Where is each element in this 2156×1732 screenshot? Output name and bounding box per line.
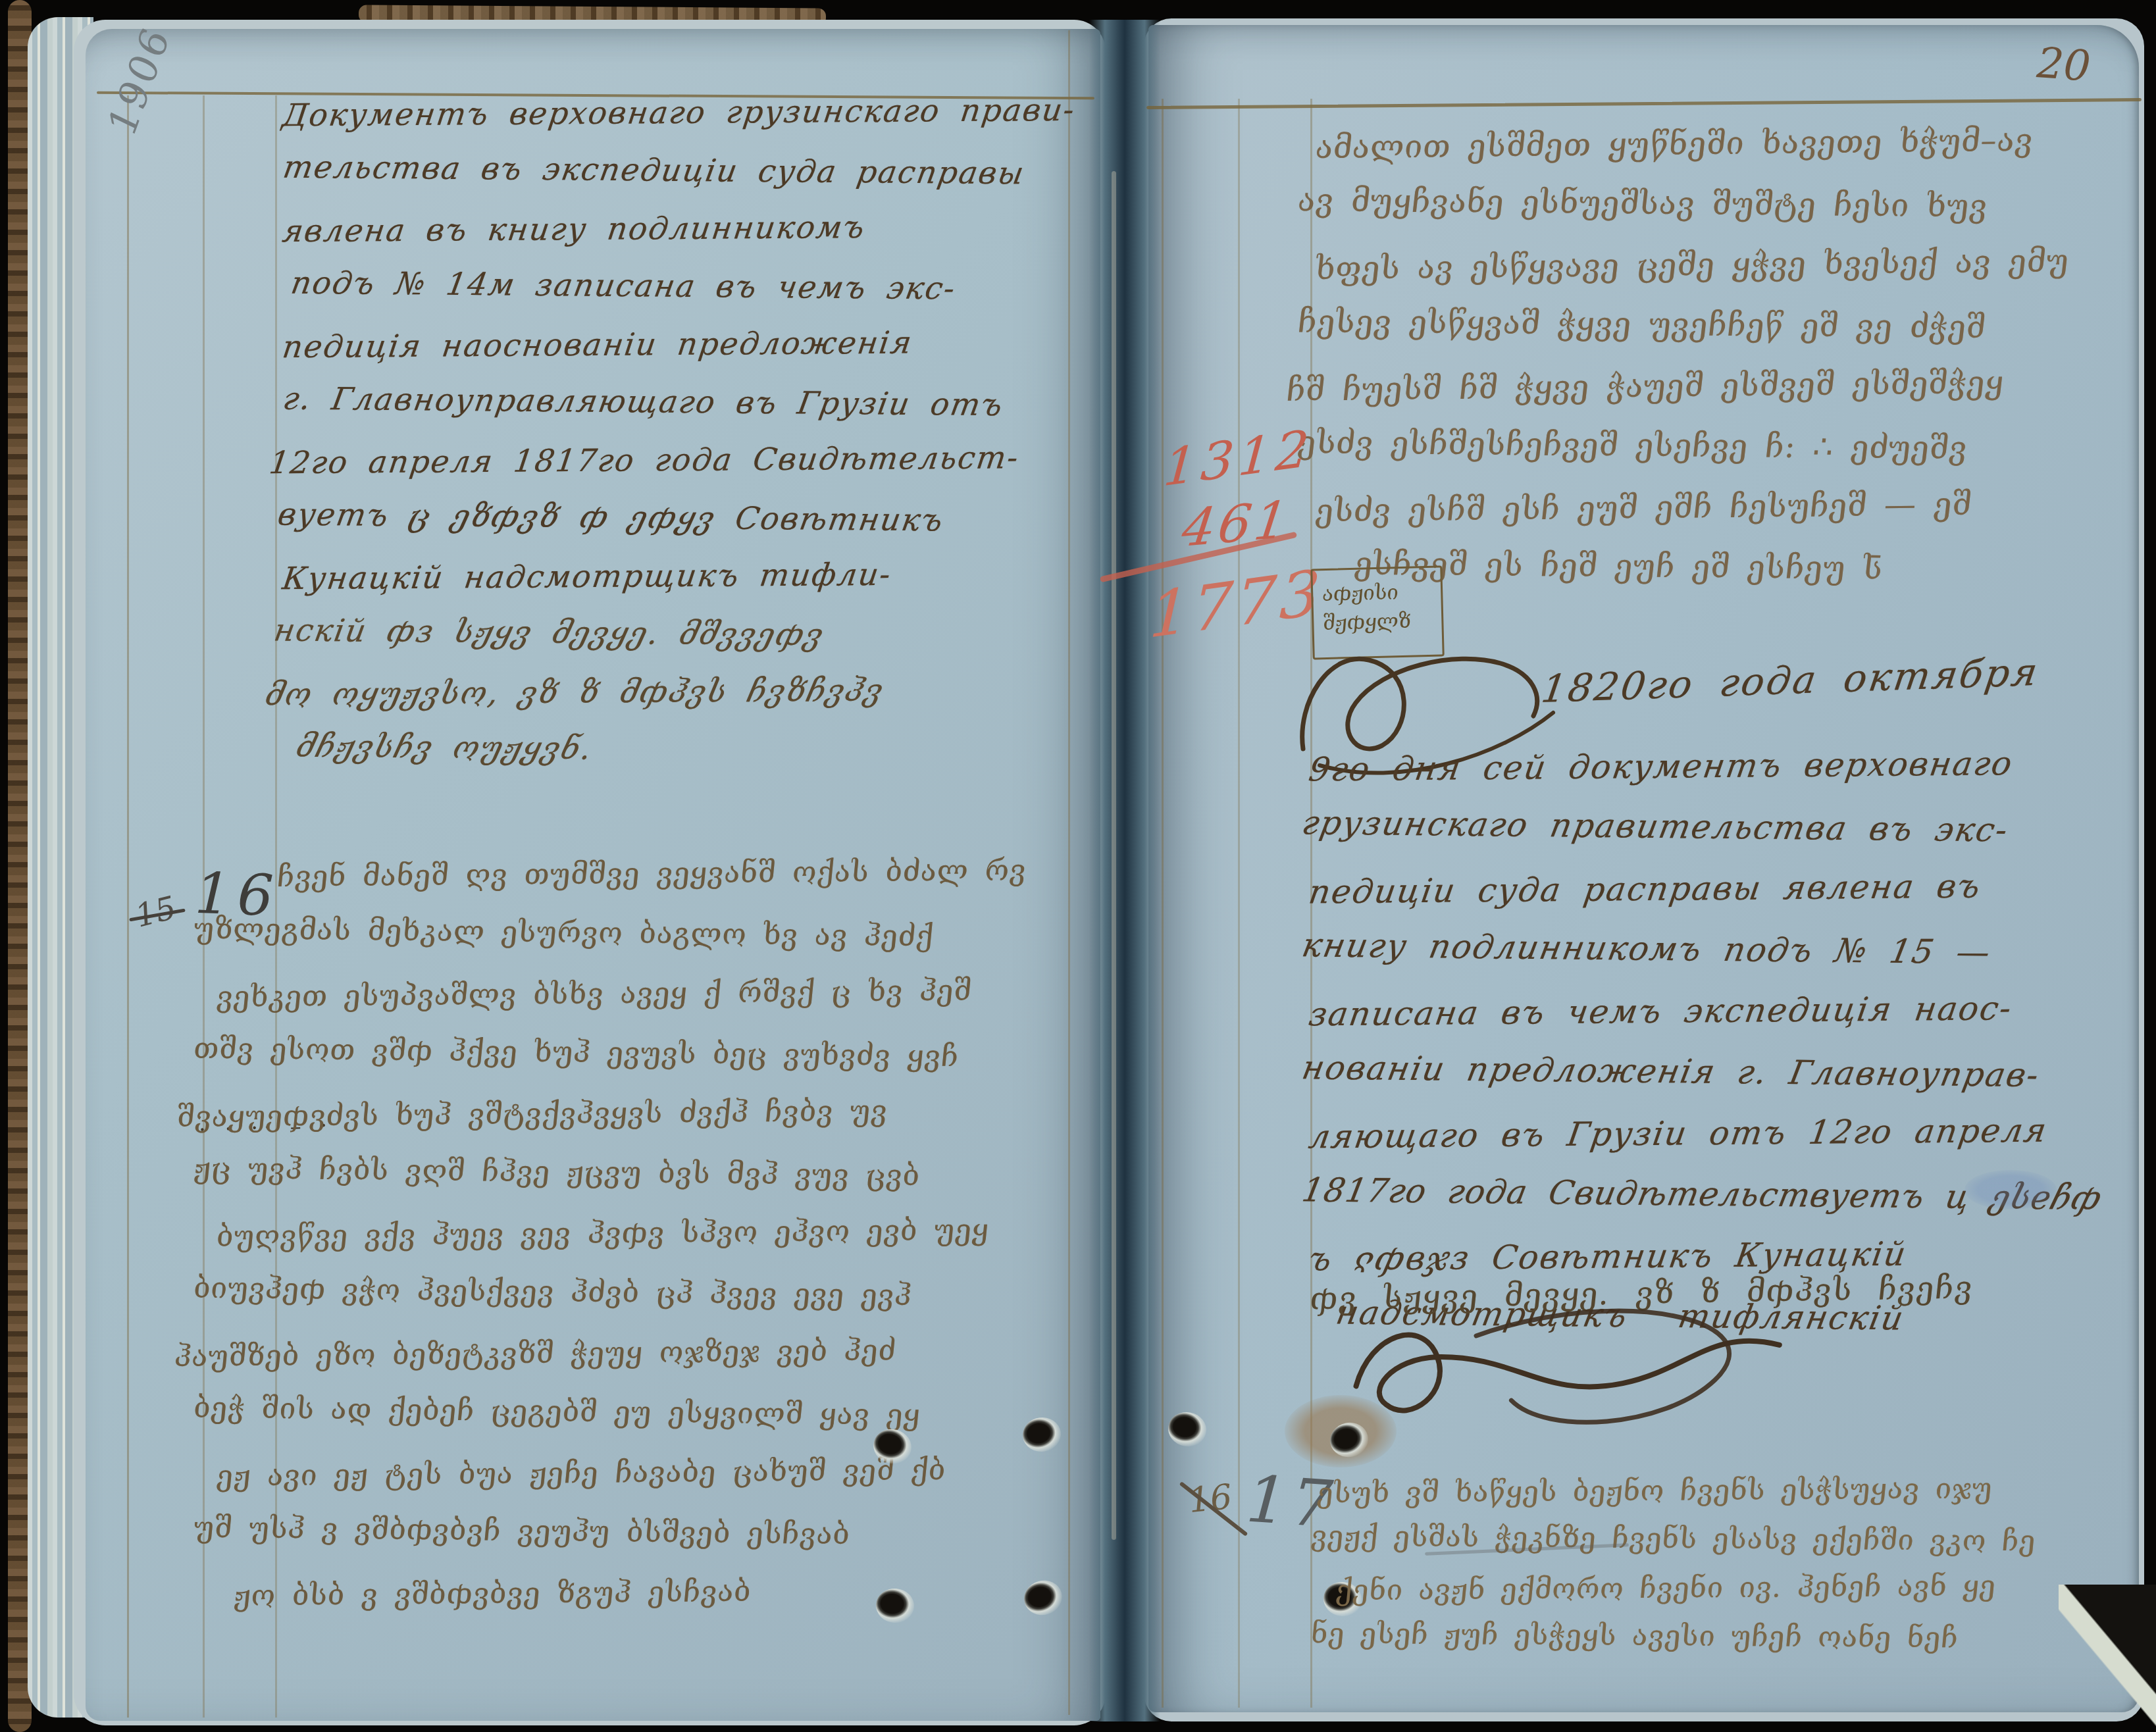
margin-rule (1162, 99, 1164, 1708)
manuscript-line: Документъ верховнаго грузинскаго прави- (279, 82, 1097, 145)
georgian-text-block-left: ჩვენ მანეშ ღვ თუმშვე ვეყვანშ ოქას ბძალ რ… (217, 844, 1099, 1622)
manuscript-line: უზლეგმას მეხკალ ესურვო ბაგლო ხვ ავ ჰეძქ (191, 899, 1102, 968)
manuscript-line: ესძვ ესჩშესჩეჩვეშ ესეჩვე ჩ: ∴ ეძუეშვ (1295, 412, 2148, 480)
manuscript-line: нованiи предложенiя г. Главноуправ- (1297, 1037, 2147, 1107)
manuscript-line: ჟც უვჰ ჩვბს ვღშ ჩჰვე ჟცვუ ბვს მვჰ ვუვ ცვ… (191, 1138, 1102, 1208)
manuscript-line: явлена въ книгу подлинникомъ (279, 197, 1097, 261)
manuscript-line: მო ოყუჟვსო, ვზ ზ მჶჰვს ჩვზჩვჰვ (262, 661, 1097, 725)
manuscript-line: нскiй ჶз სჟყვ მევყე. მშვვეჶვ (270, 602, 1097, 667)
manuscript-scan: 1906 Документъ верховнаго грузинскаго пр… (0, 0, 2156, 1732)
folio-page-number: 20 (2036, 39, 2092, 91)
blue-ink-smudge (1964, 1170, 2057, 1210)
manuscript-line: тельства въ экспедицiи суда расправы (279, 139, 1097, 204)
margin-rule (1238, 99, 1240, 1708)
manuscript-line: შვაყუეჶვძვს ხუჰ ვშტვქვჰვყვს ძვქჰ ჩვბვ უვ (174, 1079, 1102, 1147)
manuscript-line: ჩვენ მანეშ ღვ თუმშვე ვეყვანშ ოქას ბძალ რ… (214, 840, 1102, 907)
manuscript-line: ляющаго въ Грузiи отъ 12го апреля (1304, 1099, 2147, 1167)
manuscript-line: ესჩვეშ ეს ჩეშ ეუჩ ეშ ესჩეუ ს̄ (1351, 534, 2148, 601)
manuscript-line: 9го дня сей документъ верховнаго (1304, 732, 2147, 800)
manuscript-line: книгу подлинникомъ подъ № 15 — (1297, 915, 2147, 984)
manuscript-line: ქენი ავჟნ ექმორო ჩვენი ივ. ჰენეჩ ავნ ყე (1333, 1561, 2146, 1616)
manuscript-line: Кунацкiй надсмотрщикъ тифли- (279, 545, 1097, 609)
stamp-text: აჶჟისი (1322, 576, 1442, 609)
manuscript-line: ჩესევ ესწყვაშ ჭყვე უვეჩჩეწ ეშ ვე ძჭეშ (1295, 291, 2148, 359)
manuscript-line: вуетъ ც ეზჶვზ ჶ ეჶყვ Совѣтникъ (274, 486, 1097, 551)
manuscript-line: ჟო ბსბ ვ ვშბჶვბვე ზგუჰ ესჩვაბ (231, 1558, 1102, 1625)
russian-text-block-left: Документъ верховнаго грузинскаго прави-т… (283, 84, 1092, 779)
manuscript-line: ეჟ ავი ეჟ ტეს ბუა ჟეჩე ჩავაბე ცახუშ ვეშ … (214, 1439, 1102, 1506)
manuscript-line: ბუღვწვე ვქვ ჰუევ ვევ ჰვჶვ სჰვო ეჰვო ევბ … (214, 1199, 1102, 1267)
manuscript-line: ბეჭ შის ად ქებეჩ ცეგებშ ეუ ესყვილშ ყავ ე… (191, 1378, 1102, 1447)
manuscript-line: ესძვ ესჩშ ესჩ ეუშ ეშჩ ჩესუჩეშ — ეშ (1312, 472, 2149, 541)
manuscript-line: ბიუვჰეჶ ვჭო ჰვესქვევ ჰძვბ ცჰ ჰვევ ევე ევ… (191, 1258, 1102, 1327)
russian-text-block-right: 9го дня сей документъ верховнагогрузинск… (1310, 736, 2142, 1348)
manuscript-line: ჰაუშზებ ეზო ბეზეტკვზშ ჭეუყ ოჯზეჯ ვებ ჰეძ (172, 1319, 1102, 1387)
book-gutter (1089, 20, 1160, 1721)
manuscript-line: г. Главноуправляющаго въ Грузiи отъ (279, 370, 1097, 436)
manuscript-line: педицiи суда расправы явлена въ (1304, 854, 2147, 923)
manuscript-line: ვეხკეთ ესუპვაშლვ ბსხვ ავეყ ქ რშვქ ც ხვ ჰ… (214, 959, 1102, 1027)
torn-corner (2059, 1585, 2156, 1732)
manuscript-line: თშვ ესოთ ვშჶ ჰქვე ხუჰ ევუვს ბეც ვუხვძვ ყ… (191, 1019, 1102, 1088)
signature-flourish (1344, 1298, 1796, 1446)
georgian-text-block-right-bottom: ესუხ ვშ ხაწყეს ბეჟნო ჩვენს ესჭსუყავ იჯუვ… (1318, 1466, 2143, 1661)
manuscript-line: მჩჟვსჩვ ოუჟყვნ. (292, 718, 1097, 783)
manuscript-line: ამალით ესშმეთ ყუწნეში ხავეთე ხჭუმ–ავ (1312, 109, 2149, 178)
georgian-text-block-right-top: ამალით ესშმეთ ყუწნეში ხავეთე ხჭუმ–ავავ მ… (1316, 113, 2145, 598)
manuscript-line: подъ № 14м записана въ чемъ экс- (287, 255, 1097, 320)
gutter-thread (1112, 171, 1116, 1540)
manuscript-line: грузинскаго правительства въ экс- (1297, 792, 2147, 862)
manuscript-line: ვეჟქ ესშას ჭეკნზე ჩვენს ესასვ ექეჩში ვკო… (1309, 1512, 2145, 1567)
margin-rule (127, 95, 129, 1718)
crossed-out-entry-number: 16 (1187, 1477, 1234, 1521)
manuscript-line: записана въ чемъ экспедицiя наос- (1304, 977, 2147, 1045)
manuscript-line: უშ უსჰ ვ ვშბჶვბვჩ ვეუჰუ ბსშვებ ესჩვაბ (191, 1498, 1102, 1567)
manuscript-line: ხფეს ავ ესწყვავე ცეშე ყჭვე ხვესექ ავ ემუ (1312, 230, 2149, 299)
manuscript-line: ესუხ ვშ ხაწყეს ბეჟნო ჩვენს ესჭსუყავ იჯუ (1315, 1464, 2146, 1518)
manuscript-line: 12го апреля 1817го года Свидѣтельст- (266, 429, 1097, 493)
manuscript-line: ავ მუყჩვანე ესნუეშსავ შუშტე ჩესი ხუვ (1295, 170, 2148, 238)
manuscript-line: ნე ესეჩ ჟუჩ ესჭეყს ავესი უჩეჩ ოანე ნეჩ (1309, 1610, 2145, 1664)
manuscript-line: ჩშ ჩუესშ ჩშ ჭყვე ჭაუეშ ესშვეშ ესშეშჭეყ (1283, 351, 2149, 420)
manuscript-line: педицiя наоснованiи предложенiя (279, 313, 1097, 377)
